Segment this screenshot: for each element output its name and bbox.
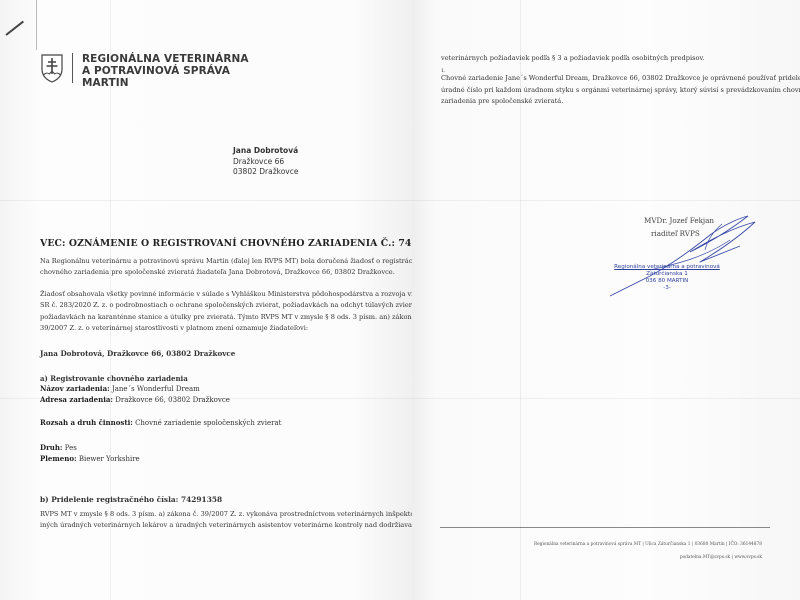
slovak-coat-of-arms-icon [40,53,64,83]
recipient-street: Dražkovce 66 [233,157,298,168]
activity: Rozsah a druh činnosti: Chovné zariadeni… [40,418,281,427]
activity-label: Rozsah a druh činnosti: [40,418,133,427]
species: Druh: Pes [40,443,77,452]
letterhead: REGIONÁLNA VETERINÁRNA A POTRAVINOVÁ SPR… [40,53,249,89]
notice-line: Chovné zariadenie Jane´s Wonderful Dream… [441,73,800,85]
signer-name: MVDr. Jozef Fekjan [644,216,714,225]
recipient-address: Jana Dobrotová Dražkovce 66 03802 Dražko… [233,146,298,178]
page-1: REGIONÁLNA VETERINÁRNA A POTRAVINOVÁ SPR… [0,0,412,600]
section-b-line: iných úradných veterinárnych lekárov a ú… [40,520,370,531]
intro-line: Na Regionálnu veterinárnu a potravinovú … [40,256,370,267]
breed: Plemeno: Biewer Yorkshire [40,454,140,463]
breed-label: Plemeno: [40,454,77,463]
organization-name: REGIONÁLNA VETERINÁRNA A POTRAVINOVÁ SPR… [82,53,249,89]
stamp-line: -3- [612,285,722,292]
info-line: Žiadosť obsahovala všetky povinné inform… [40,289,370,300]
info-line: SR č. 283/2020 Z. z. o podrobnostiach o … [40,300,370,311]
section-a-heading: a) Registrovanie chovného zariadenia [40,374,188,383]
facility-name-value: Jane´s Wonderful Dream [112,385,200,393]
info-line: požiadavkách na karanténne stanice a útu… [40,312,370,323]
footer-divider [440,527,770,528]
signer-title: riaditeľ RVPS [651,229,700,238]
recipient-name: Jana Dobrotová [233,146,298,157]
facility-name: Názov zariadenia: Jane´s Wonderful Dream [40,384,200,393]
section-b-heading: b) Pridelenie registračného čísla: 74291… [40,495,222,504]
activity-value: Chovné zariadenie spoločenských zvierat [135,419,281,427]
paper-fold [0,398,800,399]
info-line: 39/2007 Z. z. o veterinárnej starostlivo… [40,323,370,334]
stamp-line: Regionálna veterinárna a potravinová [612,264,722,271]
org-name-line: MARTIN [82,77,249,89]
species-value: Pes [65,444,77,452]
logo-divider [72,53,73,83]
recipient-city: 03802 Dražkovce [233,167,298,178]
subject-line: VEC: OZNÁMENIE O REGISTROVANÍ CHOVNÉHO Z… [40,238,451,249]
notice-paragraph: Chovné zariadenie Jane´s Wonderful Dream… [441,73,800,108]
corner-mark [5,21,24,36]
stamp-line: Záturčianska 1 [612,271,722,278]
intro-line: chovného zariadenia pre spoločenské zvie… [40,267,370,278]
official-stamp: Regionálna veterinárna a potravinová Zát… [612,264,722,292]
facility-name-label: Názov zariadenia: [40,384,110,393]
notice-line: úradné číslo pri každom úradnom styku s … [441,85,800,97]
org-name-line: A POTRAVINOVÁ SPRÁVA [82,65,249,77]
stamp-line: 036 80 MARTIN [612,278,722,285]
footer-contact: podatelna.MT@svps.sk | www.svps.sk [680,555,762,560]
facility-address: Adresa zariadenia: Dražkovce 66, 03802 D… [40,395,230,404]
paper-fold [110,0,111,600]
section-b-line: RVPS MT v zmysle § 8 ods. 3 písm. a) zák… [40,509,370,520]
footer-address: Regionálna veterinárna a potravinová spr… [534,542,762,547]
info-paragraph: Žiadosť obsahovala všetky povinné inform… [40,289,370,335]
applicant-line: Jana Dobrotová, Dražkovce 66, 03802 Draž… [40,349,235,358]
section-b-paragraph: RVPS MT v zmysle § 8 ods. 3 písm. a) zák… [40,509,370,532]
paper-fold [520,0,521,600]
scan-edge-line [36,0,37,50]
notice-line: zariadenia pre spoločenské zvieratá. [441,96,800,108]
continuation-text: veterinárnych požiadaviek podľa § 3 a po… [441,53,704,65]
intro-paragraph: Na Regionálnu veterinárnu a potravinovú … [40,256,370,279]
facility-address-label: Adresa zariadenia: [40,395,113,404]
species-label: Druh: [40,443,63,452]
paper-fold [0,200,800,201]
org-name-line: REGIONÁLNA VETERINÁRNA [82,53,249,65]
